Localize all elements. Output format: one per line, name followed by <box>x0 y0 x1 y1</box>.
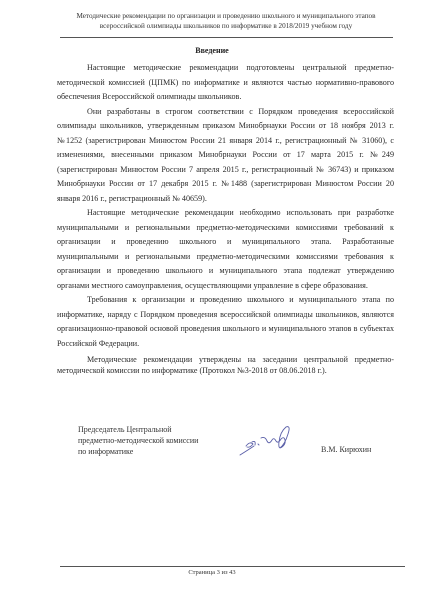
header-rule <box>60 37 393 38</box>
running-header: Методические рекомендации по организации… <box>60 12 392 31</box>
position-line-2: предметно-методической комиссии <box>78 435 198 446</box>
handwritten-signature-icon <box>238 424 296 458</box>
position-line-1: Председатель Центральной <box>78 424 198 435</box>
signatory-position: Председатель Центральной предметно-метод… <box>78 424 198 457</box>
signatory-name: В.М. Кирюхин <box>321 445 371 454</box>
paragraph-3: Настоящие методические рекомендации необ… <box>57 206 394 293</box>
document-page: Методические рекомендации по организации… <box>0 0 424 600</box>
header-line-2: всероссийской олимпиады школьников по ин… <box>60 22 392 32</box>
header-line-1: Методические рекомендации по организации… <box>60 12 392 22</box>
section-title: Введение <box>0 46 424 55</box>
paragraph-2: Они разработаны в строгом соответствии с… <box>57 105 394 207</box>
page-number: Страница 3 из 43 <box>0 569 424 576</box>
paragraph-4: Требования к организации и проведению шк… <box>57 293 394 351</box>
paragraph-5: Методические рекомендации утверждены на … <box>57 354 394 376</box>
body-text: Настоящие методические рекомендации подг… <box>57 61 394 376</box>
paragraph-1: Настоящие методические рекомендации подг… <box>57 61 394 105</box>
footer-rule <box>60 566 405 567</box>
position-line-3: по информатике <box>78 446 198 457</box>
